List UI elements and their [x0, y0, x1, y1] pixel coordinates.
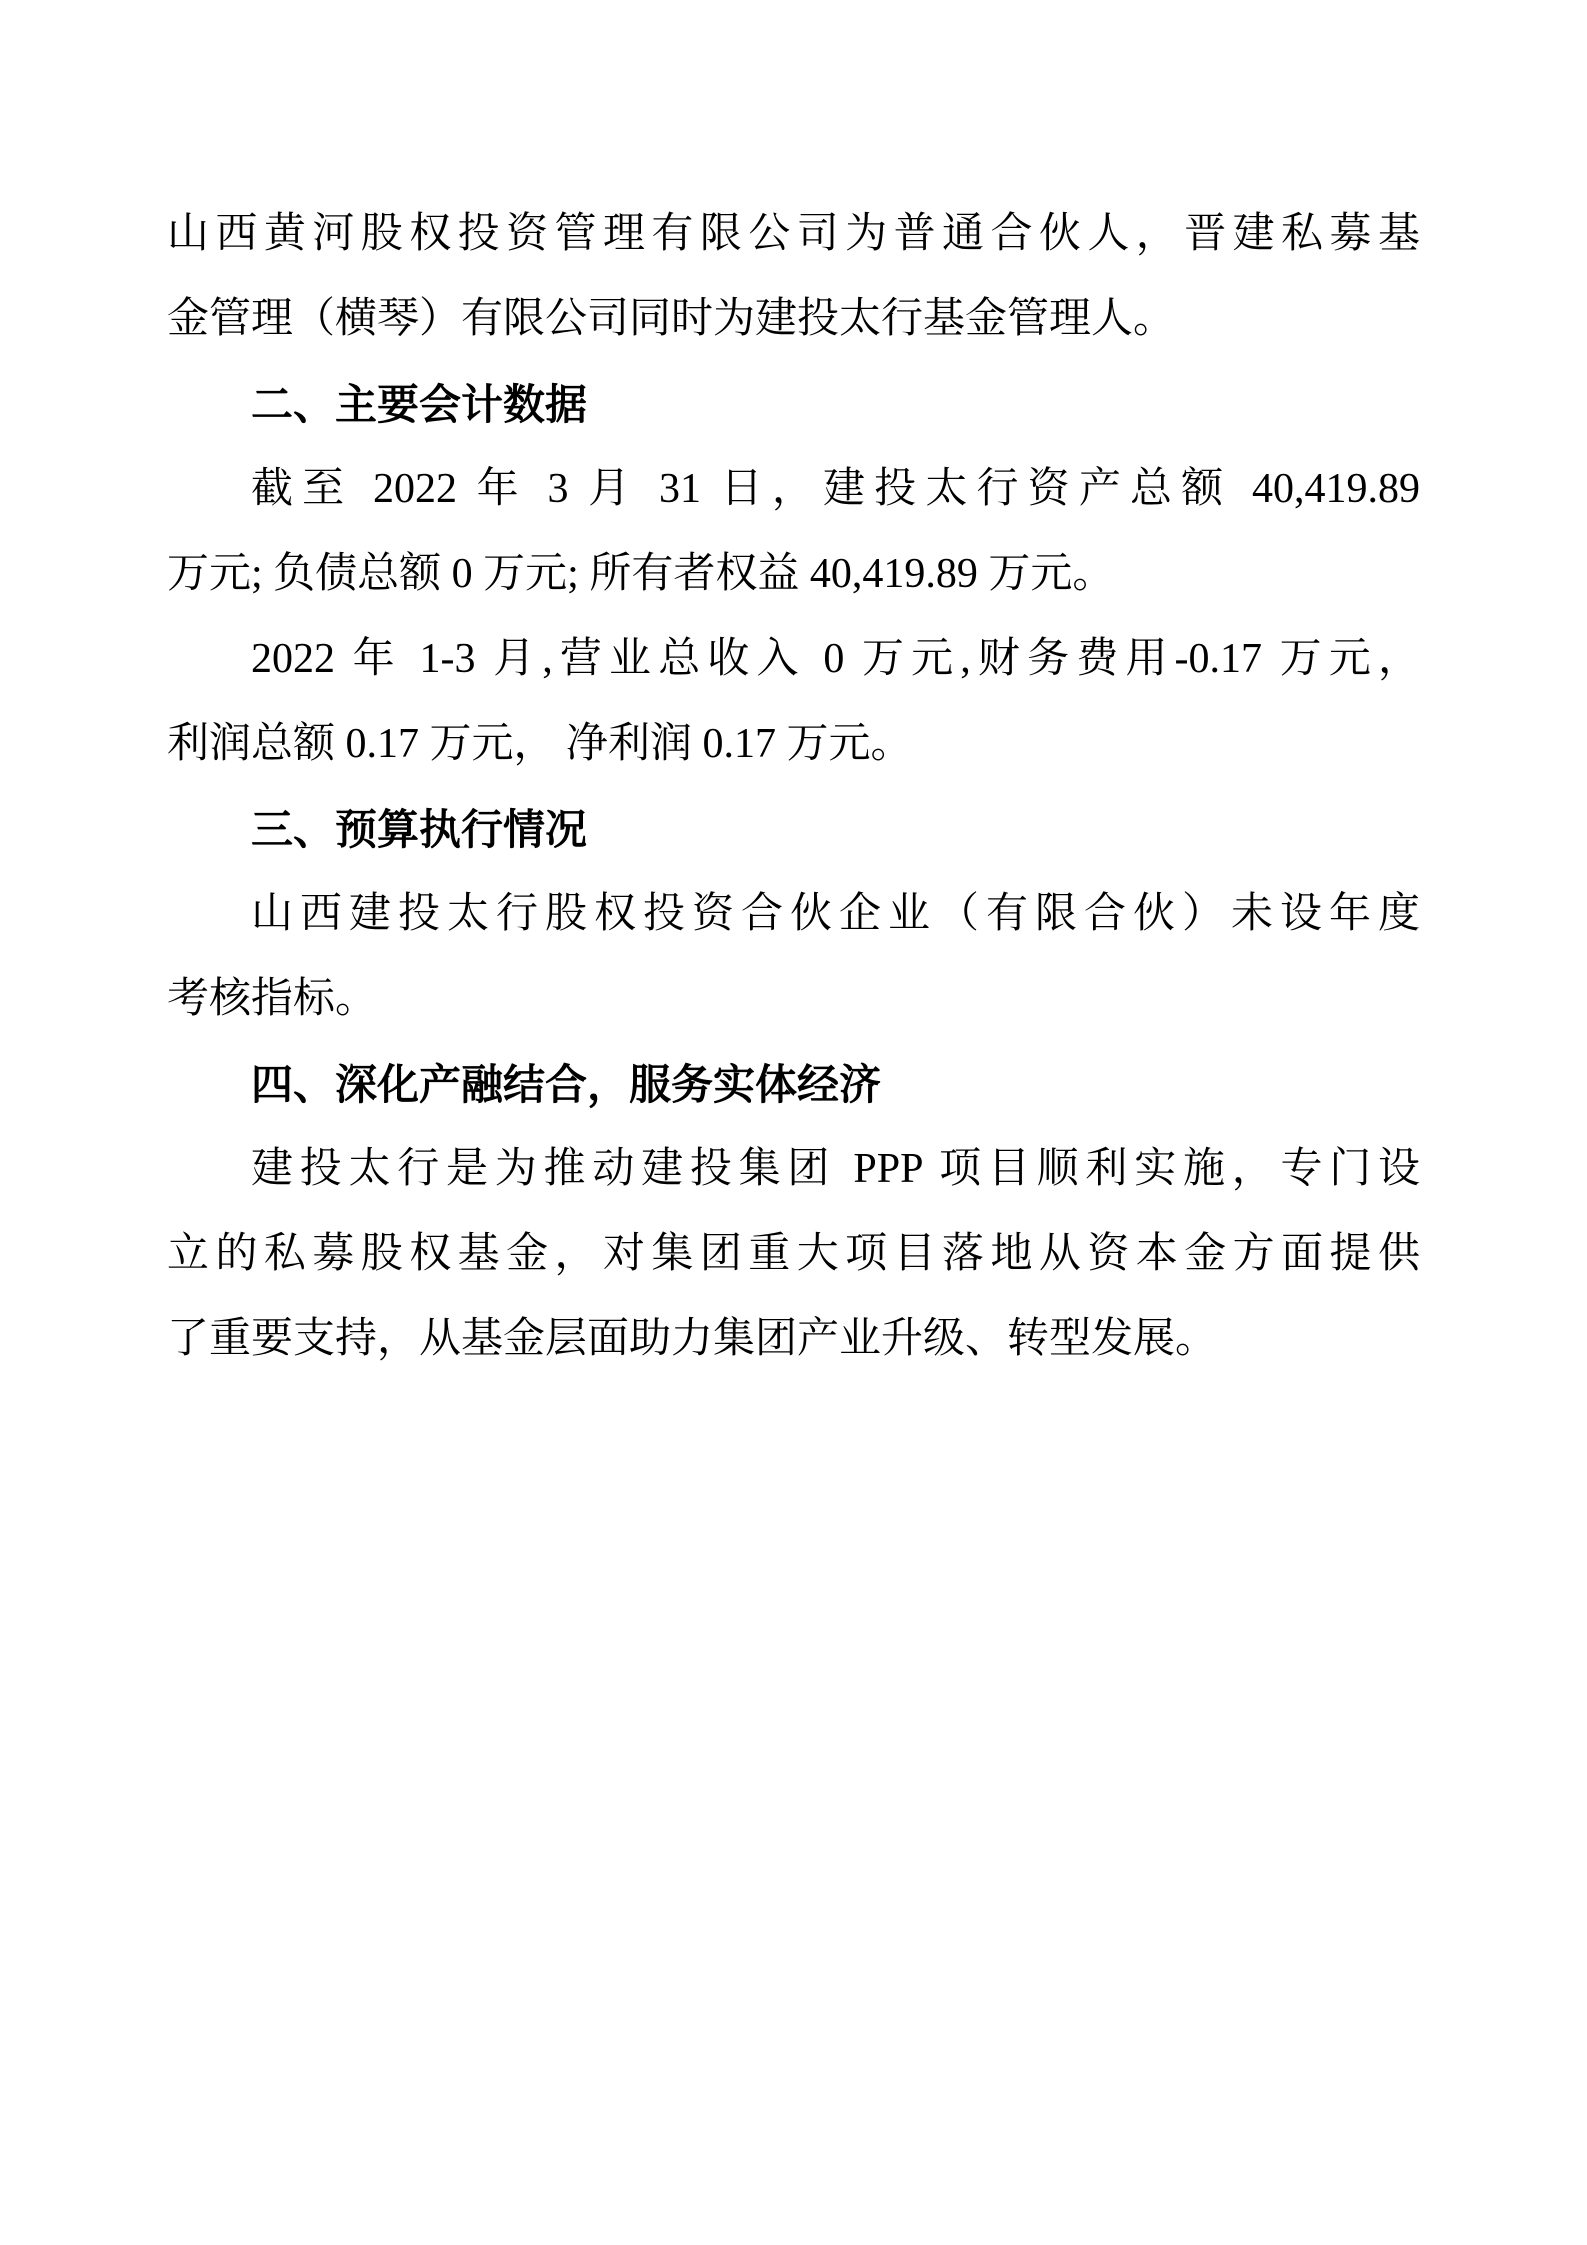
document-body: 山西黄河股权投资管理有限公司为普通合伙人，晋建私募基 金管理（横琴）有限公司同时…: [167, 192, 1420, 1382]
section-heading-budget: 三、预算执行情况: [167, 787, 1420, 872]
para-budget-line-2: 考核指标。: [167, 957, 1420, 1042]
para-integration-line-2: 立的私募股权基金，对集团重大项目落地从资本金方面提供: [167, 1212, 1420, 1297]
para-integration-line-3: 了重要支持，从基金层面助力集团产业升级、转型发展。: [167, 1297, 1420, 1382]
section-heading-accounting: 二、主要会计数据: [167, 362, 1420, 447]
para-integration-line-1: 建投太行是为推动建投集团 PPP 项目顺利实施，专门设: [167, 1127, 1420, 1212]
section-heading-integration: 四、深化产融结合，服务实体经济: [167, 1042, 1420, 1127]
para-budget-line-1: 山西建投太行股权投资合伙企业（有限合伙）未设年度: [167, 872, 1420, 957]
document-page: 山西黄河股权投资管理有限公司为普通合伙人，晋建私募基 金管理（横琴）有限公司同时…: [0, 0, 1587, 2245]
para-income-line-2: 利润总额 0.17 万元， 净利润 0.17 万元。: [167, 702, 1420, 787]
para-balance-line-1: 截至 2022 年 3 月 31 日，建投太行资产总额 40,419.89: [167, 447, 1420, 532]
para-income-line-1: 2022 年 1-3 月,营业总收入 0 万元,财务费用-0.17 万元，: [167, 617, 1420, 702]
para-intro-line-2: 金管理（横琴）有限公司同时为建投太行基金管理人。: [167, 277, 1420, 362]
para-intro-line-1: 山西黄河股权投资管理有限公司为普通合伙人，晋建私募基: [167, 192, 1420, 277]
para-balance-line-2: 万元; 负债总额 0 万元; 所有者权益 40,419.89 万元。: [167, 532, 1420, 617]
